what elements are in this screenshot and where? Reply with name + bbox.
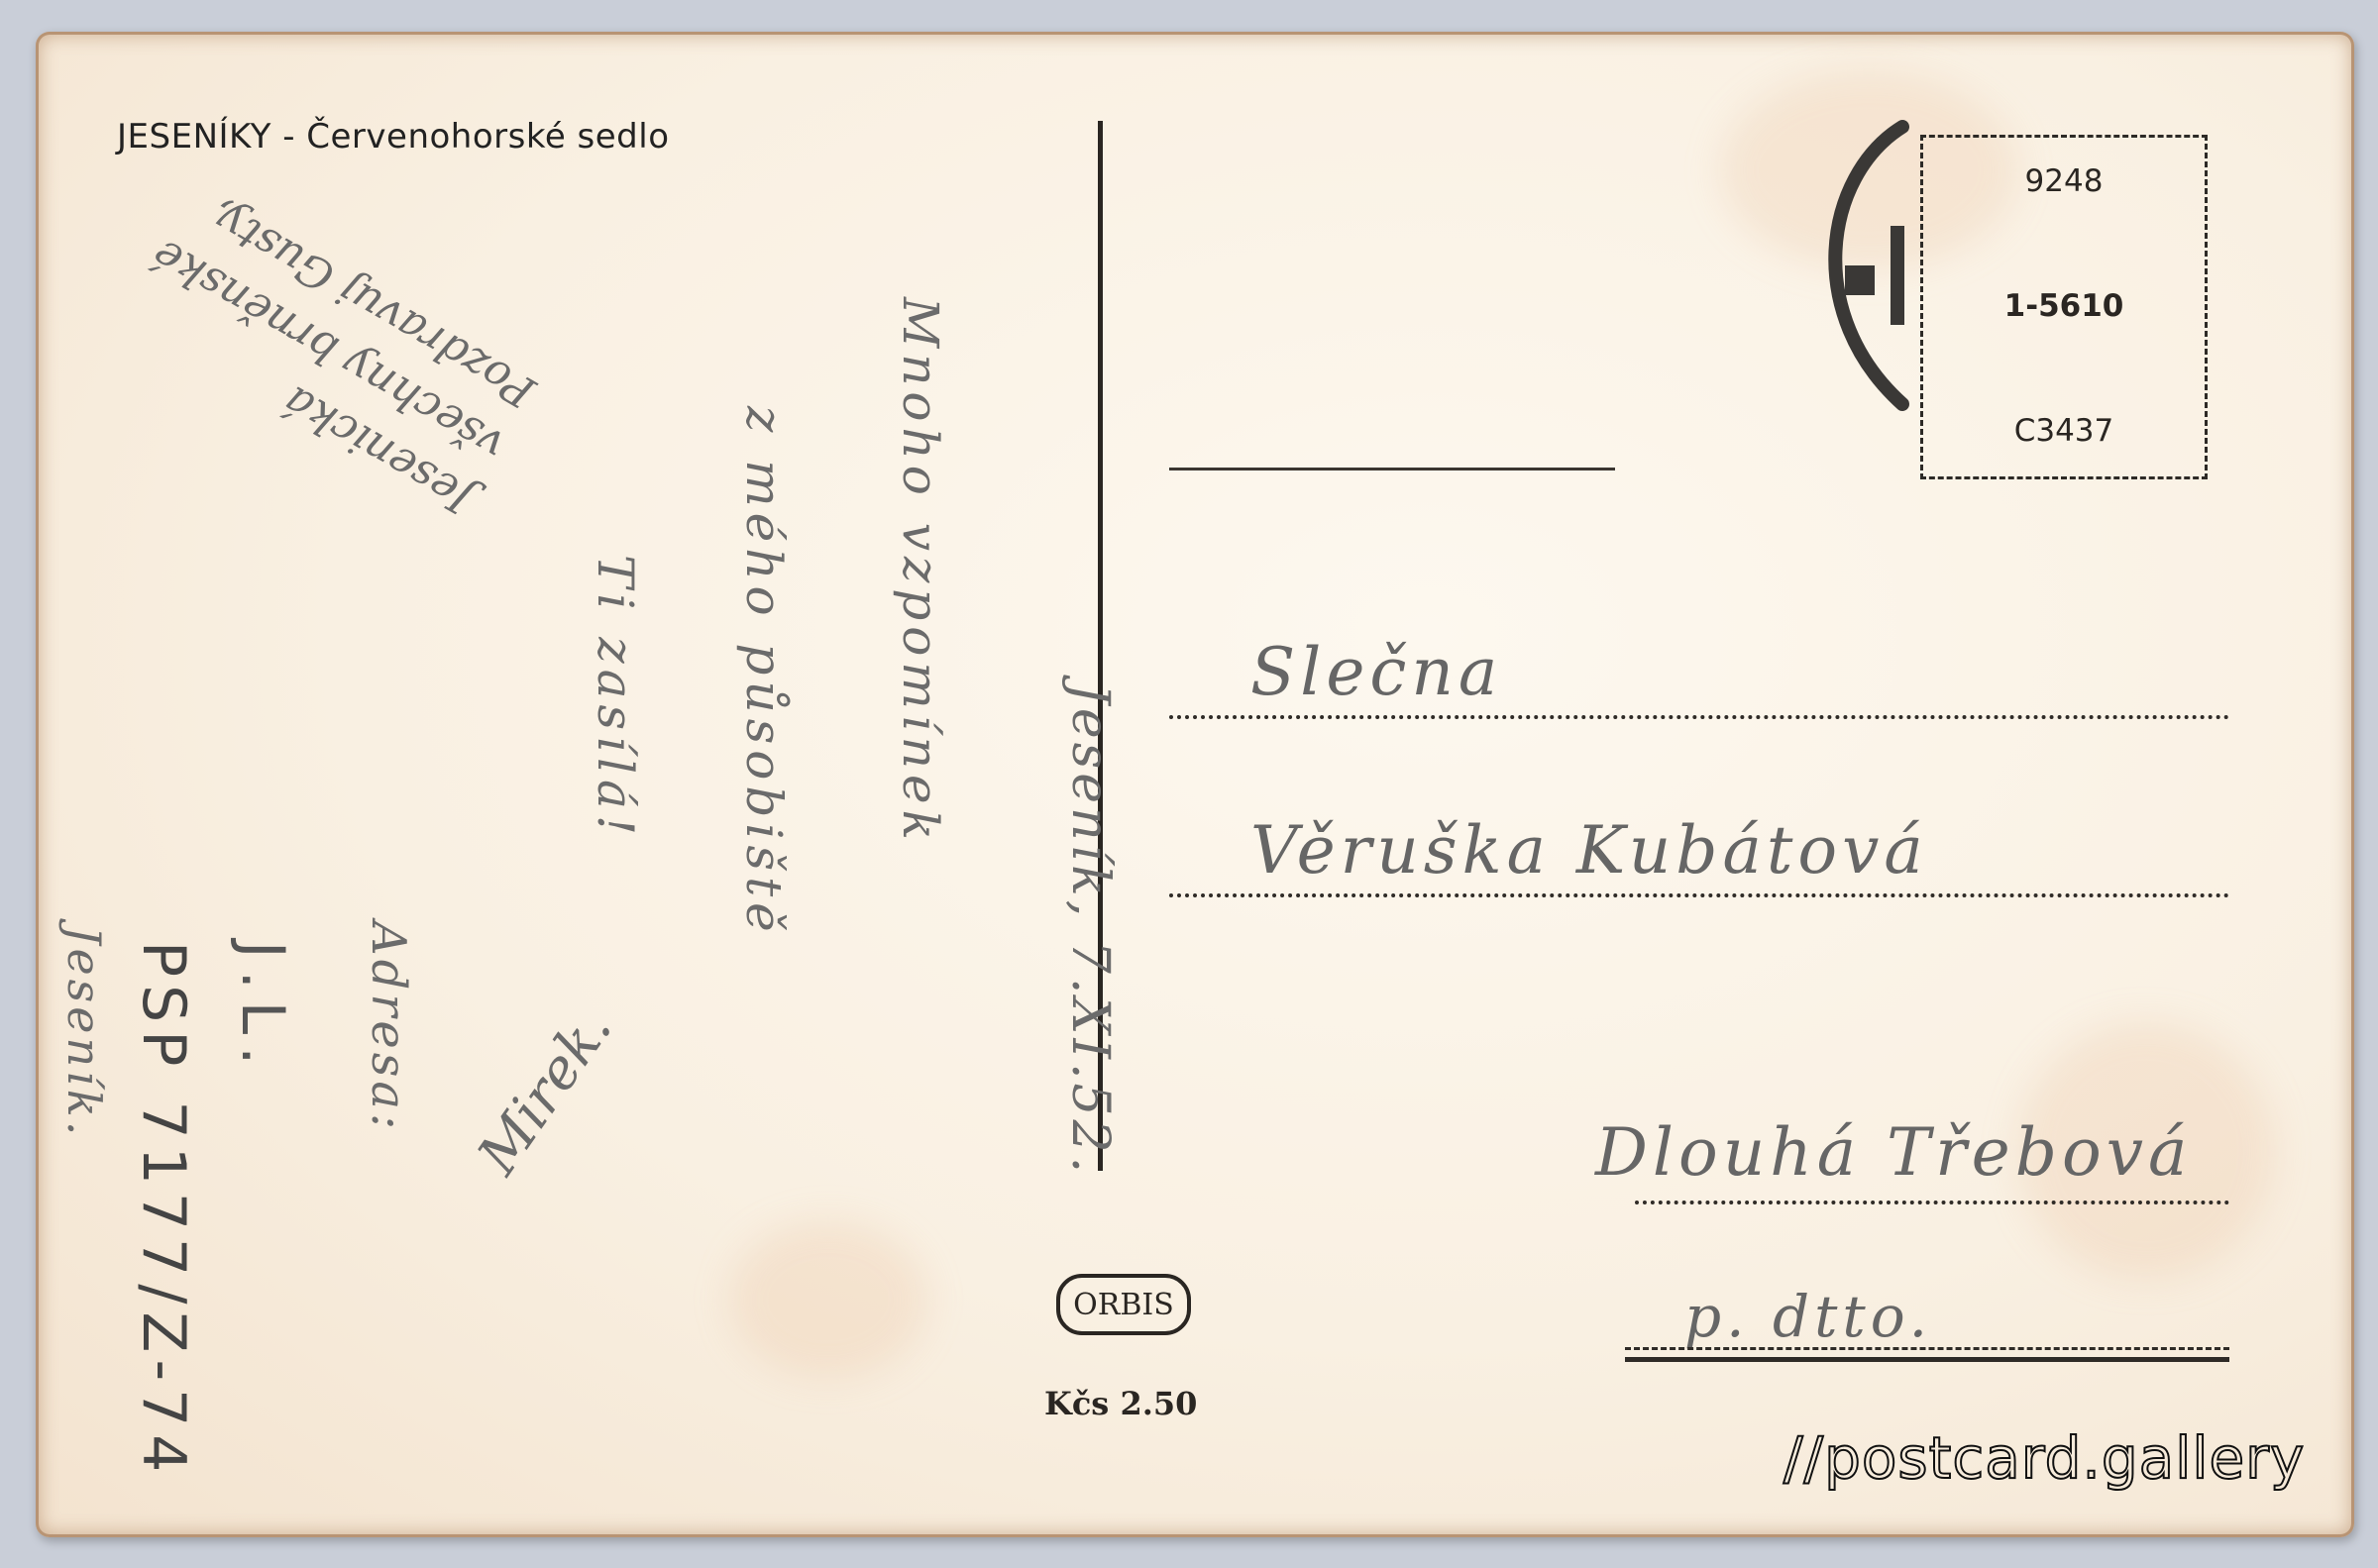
stamp-code-2: 1-5610 (1923, 288, 2205, 324)
place-date: Jeseník, 7.XI.52. (1060, 683, 1120, 1177)
paper-stain (729, 1220, 927, 1379)
recipient-post: p. dtto. (1684, 1283, 1932, 1350)
printed-title: JESENÍKY - Červenohorské sedlo (117, 117, 670, 157)
address-line (1169, 893, 2229, 897)
return-address-label: Adresa: (361, 921, 416, 1133)
stamp-box: 9248 1-5610 C3437 (1920, 135, 2208, 479)
recipient-salutation: Slečna (1250, 634, 1502, 710)
address-line (1625, 1347, 2229, 1350)
recipient-town: Dlouhá Třebová (1595, 1114, 2192, 1191)
recipient-name: Věruška Kubátová (1250, 812, 1928, 889)
publisher-logo-text: ORBIS (1073, 1288, 1174, 1322)
address-line (1169, 715, 2229, 719)
price-label: Kčs 2.50 (1044, 1385, 1197, 1422)
publisher-logo: ORBIS (1056, 1274, 1191, 1335)
message-line-3: Ti zasílá! (587, 555, 644, 841)
watermark: //postcard.gallery (1783, 1424, 2305, 1492)
stamp-code-1: 9248 (1923, 163, 2205, 199)
return-address-line2: PSP 7177/Z-74 (129, 941, 198, 1480)
stamp-code-3: C3437 (1923, 413, 2205, 449)
address-line (1635, 1201, 2229, 1204)
message-line-1: Mnoho vzpomínek (892, 297, 949, 846)
address-top-line (1169, 468, 1615, 470)
message-line-2: z mého působiště (735, 406, 793, 938)
return-address-line1: J.L. (228, 941, 297, 1077)
return-address-line3: Jeseník. (57, 926, 111, 1139)
address-line (1625, 1357, 2229, 1362)
